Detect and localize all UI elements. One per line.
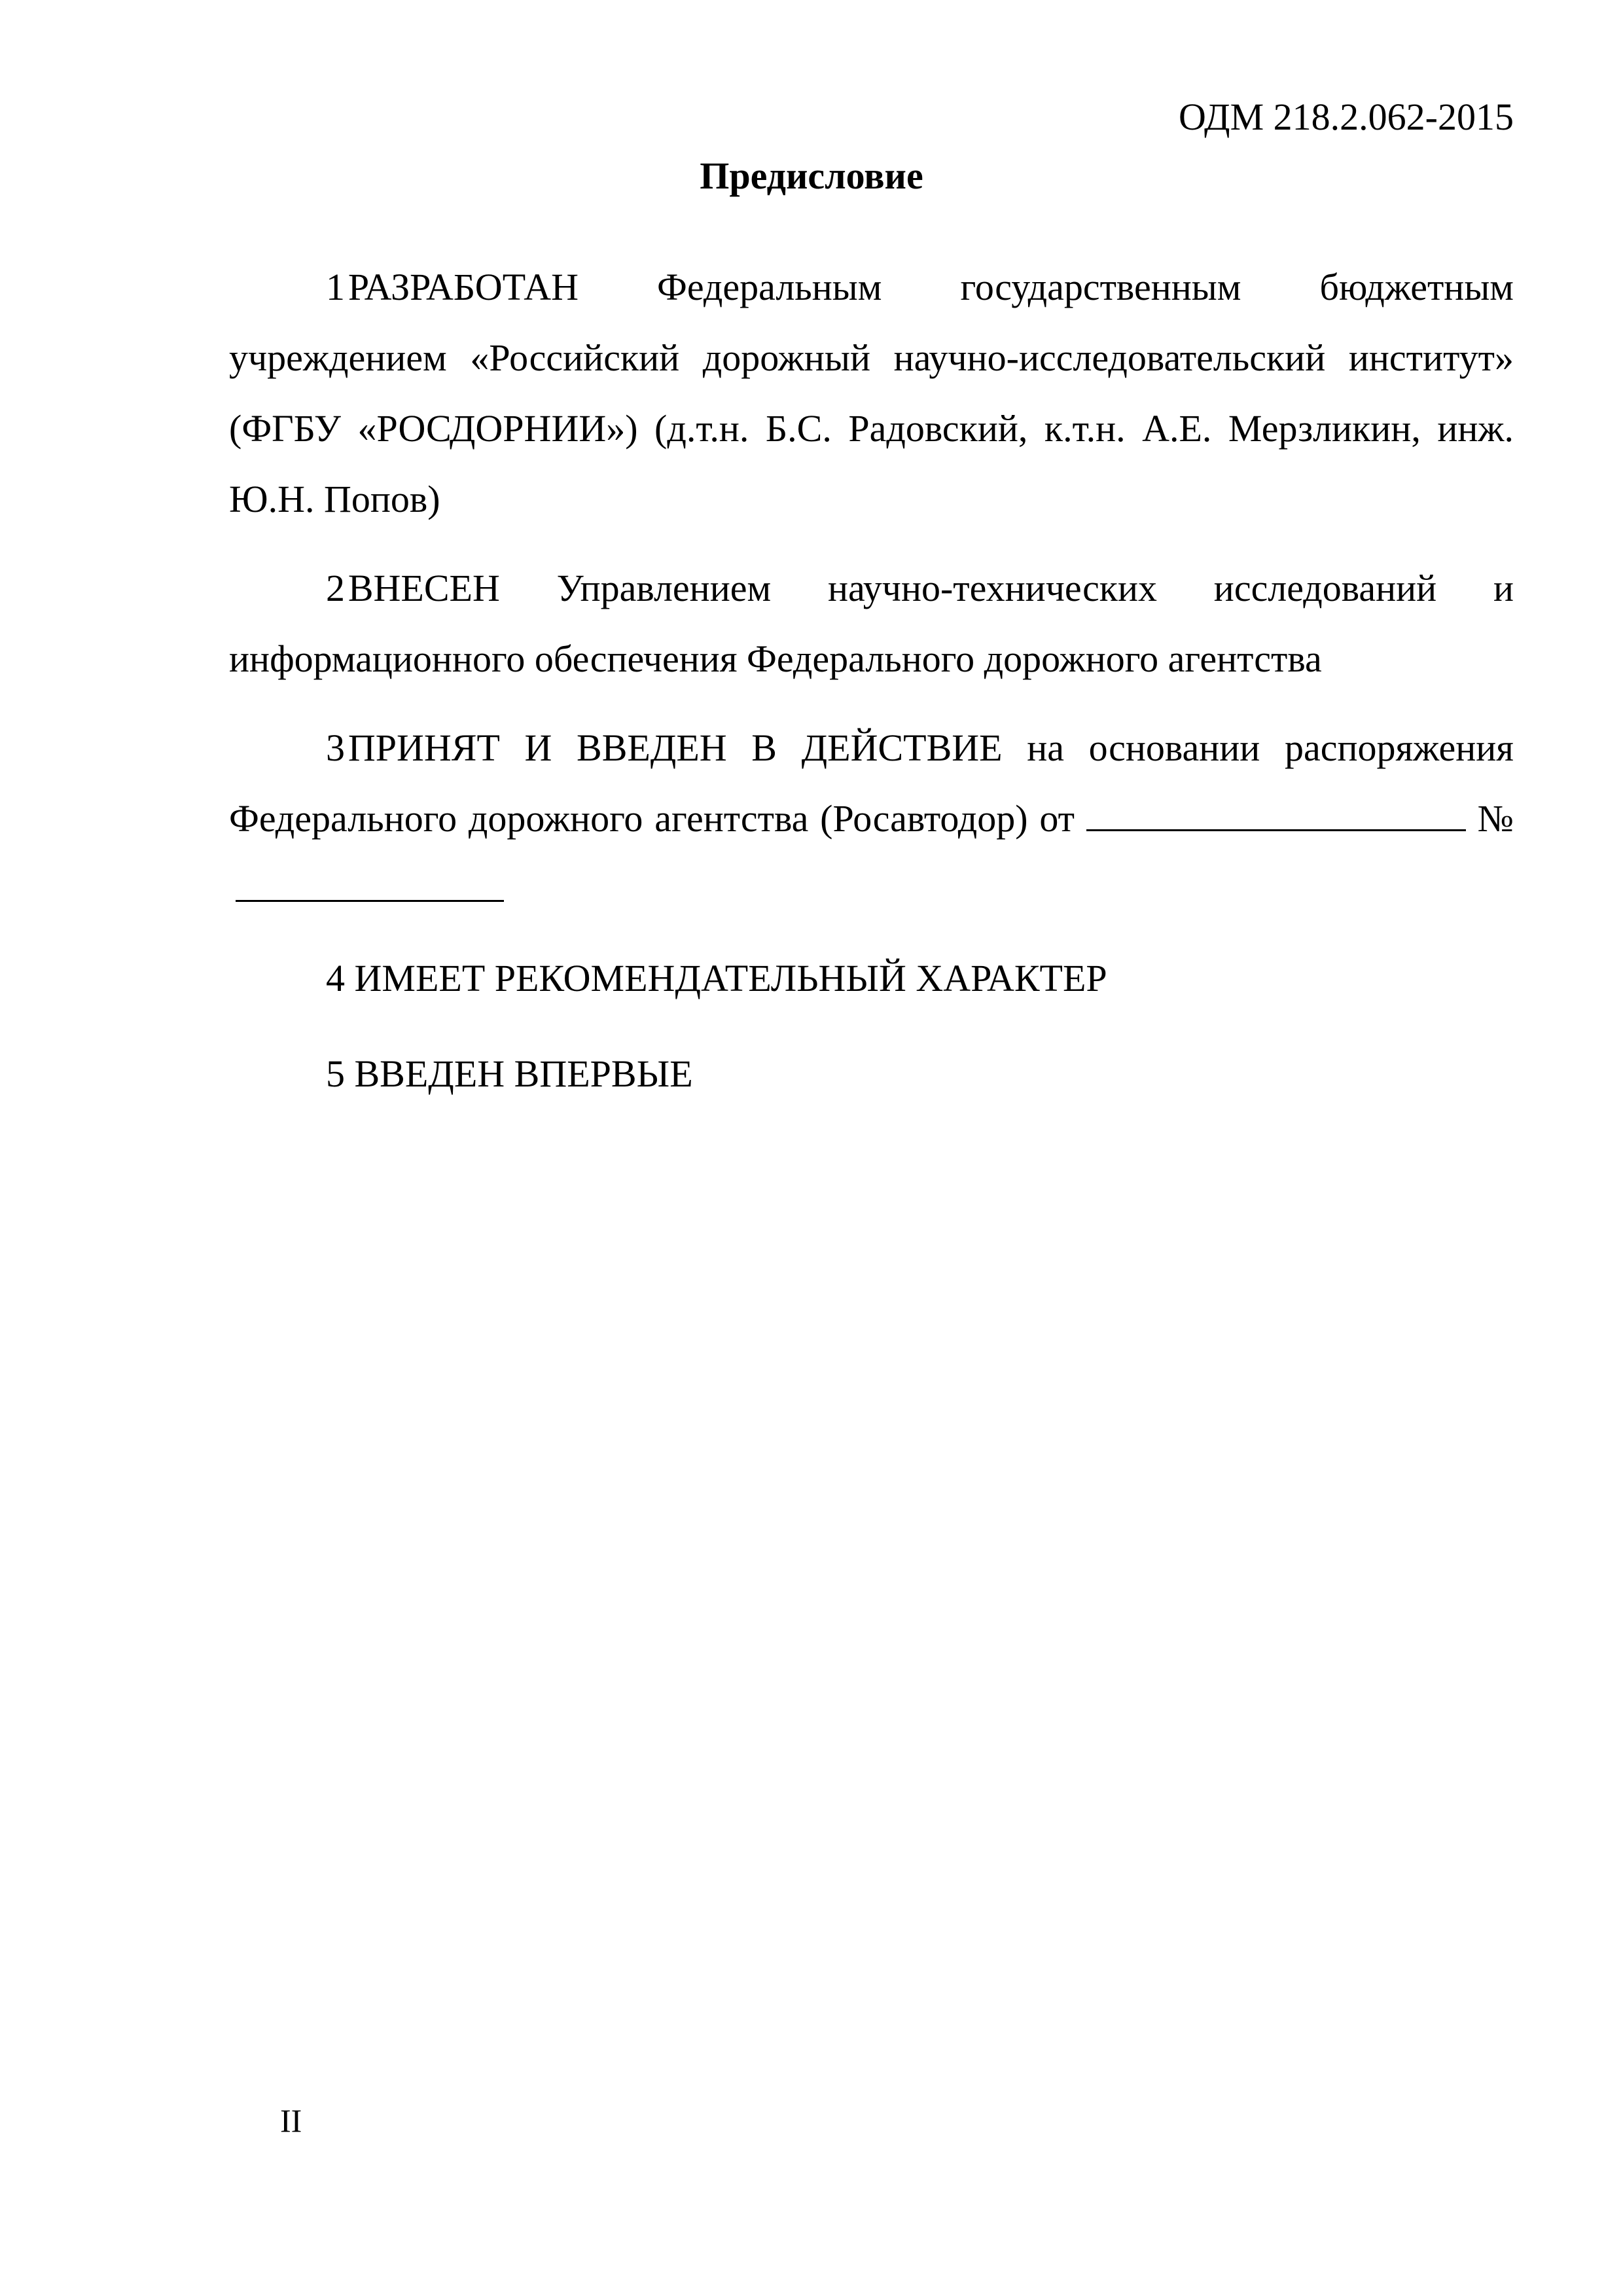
- paragraph-lead: ИМЕЕТ РЕКОМЕНДАТЕЛЬНЫЙ ХАРАКТЕР: [355, 957, 1107, 999]
- paragraph-number: 2: [326, 567, 345, 609]
- order-date-blank[interactable]: [1086, 799, 1466, 831]
- number-sign: №: [1478, 797, 1514, 840]
- paragraph-lead: РАЗРАБОТАН: [348, 266, 579, 308]
- paragraph-submitted: 2 ВНЕСЕН Управлением научно-технических …: [229, 553, 1514, 694]
- paragraph-lead: ВНЕСЕН: [348, 567, 500, 609]
- paragraph-number: 3: [326, 726, 345, 769]
- order-number-blank[interactable]: [236, 870, 504, 902]
- document-code: ОДМ 218.2.062-2015: [1179, 98, 1514, 136]
- paragraph-number: 4: [326, 957, 345, 999]
- paragraph-adopted: 3 ПРИНЯТ И ВВЕДЕН В ДЕЙСТВИЕ на основани…: [229, 713, 1514, 925]
- paragraph-first-introduced: 5 ВВЕДЕН ВПЕРВЫЕ: [229, 1039, 1514, 1109]
- page-number: II: [280, 2104, 302, 2137]
- paragraph-recommendatory: 4 ИМЕЕТ РЕКОМЕНДАТЕЛЬНЫЙ ХАРАКТЕР: [229, 943, 1514, 1014]
- paragraph-lead: ПРИНЯТ И ВВЕДЕН В ДЕЙСТВИЕ: [348, 726, 1003, 769]
- paragraph-number: 5: [326, 1052, 345, 1095]
- section-title: Предисловие: [0, 157, 1623, 195]
- paragraph-developed: 1 РАЗРАБОТАН Федеральным государственным…: [229, 252, 1514, 535]
- preface-body: 1 РАЗРАБОТАН Федеральным государственным…: [229, 252, 1514, 1109]
- paragraph-number: 1: [326, 266, 345, 308]
- paragraph-lead: ВВЕДЕН ВПЕРВЫЕ: [355, 1052, 693, 1095]
